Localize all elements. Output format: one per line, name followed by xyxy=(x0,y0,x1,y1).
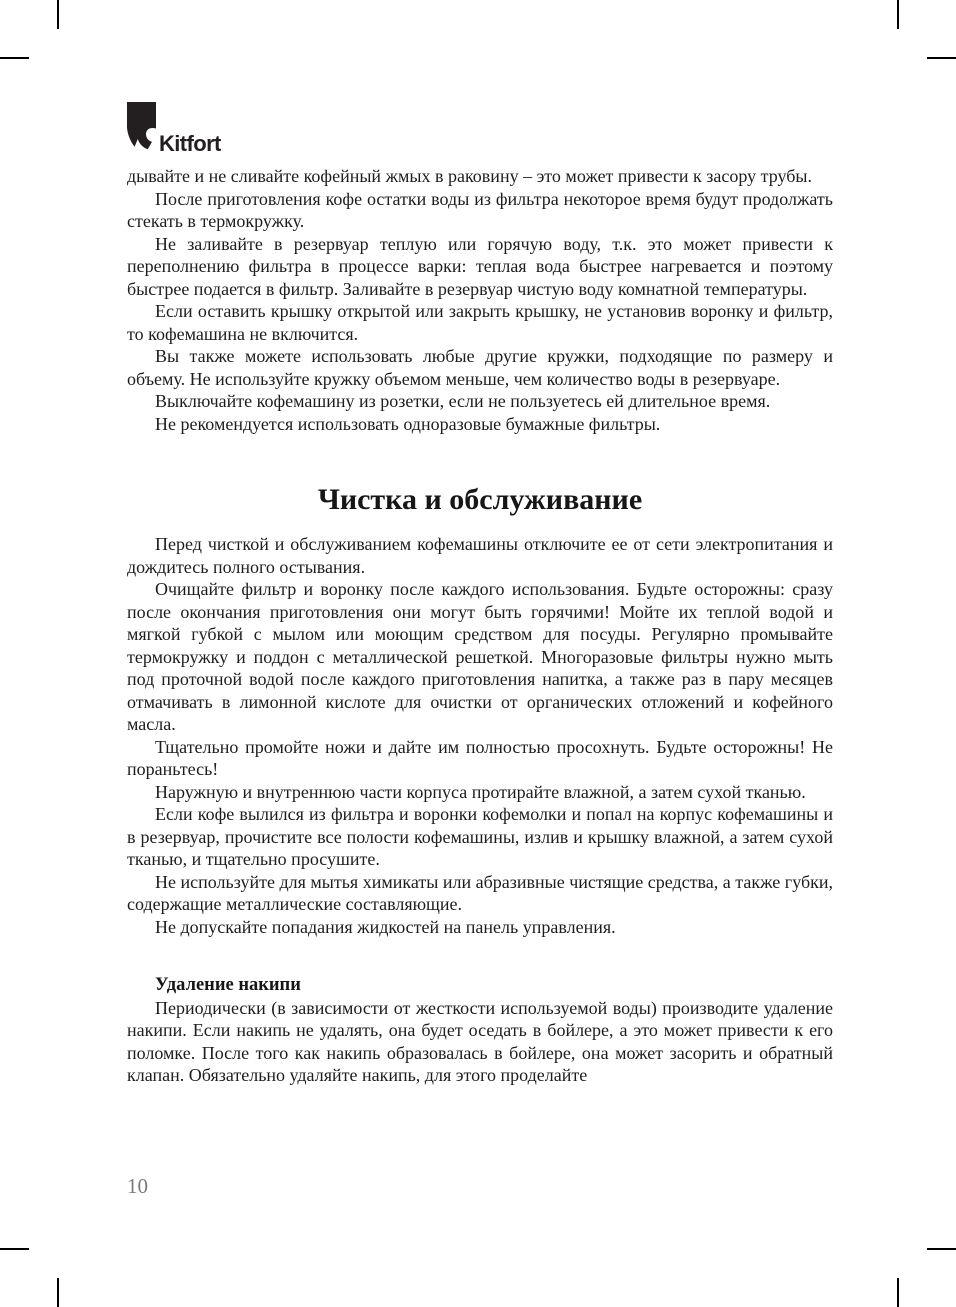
paragraph: Тщательно промойте ножи и дайте им полно… xyxy=(127,736,833,781)
paragraph: Выключайте кофемашину из розетки, если н… xyxy=(127,390,833,413)
crop-mark-bottom-right-vertical xyxy=(897,1278,899,1307)
paragraph: Не заливайте в резервуар теплую или горя… xyxy=(127,233,833,301)
crop-mark-bottom-left-vertical xyxy=(57,1278,59,1307)
crop-mark-bottom-right-horizontal xyxy=(927,1248,956,1250)
crop-mark-top-right-vertical xyxy=(897,0,899,29)
paragraph: Если кофе вылился из фильтра и воронки к… xyxy=(127,803,833,871)
paragraph: Не рекомендуется использовать одноразовы… xyxy=(127,413,833,436)
manual-page: Kitfort дывайте и не сливайте кофейный ж… xyxy=(0,0,956,1307)
kitfort-logo-icon xyxy=(127,102,156,155)
crop-mark-bottom-left-horizontal xyxy=(0,1248,29,1250)
paragraph: Если оставить крышку открытой или закрыт… xyxy=(127,300,833,345)
brand-wordmark: Kitfort xyxy=(159,133,221,155)
page-number: 10 xyxy=(127,1174,148,1199)
subsection-title: Удаление накипи xyxy=(127,974,833,997)
paragraph: Наружную и внутреннюю части корпуса прот… xyxy=(127,781,833,804)
paragraph: Очищайте фильтр и воронку после каждого … xyxy=(127,578,833,736)
paragraph-continuation: дывайте и не сливайте кофейный жмых в ра… xyxy=(127,165,833,188)
crop-mark-top-left-vertical xyxy=(57,0,59,29)
paragraph: Не допускайте попадания жидкостей на пан… xyxy=(127,916,833,939)
paragraph: Не используйте для мытья химикаты или аб… xyxy=(127,871,833,916)
brand-header: Kitfort xyxy=(127,106,221,155)
paragraph: Периодически (в зависимости от жесткости… xyxy=(127,997,833,1087)
paragraph: После приготовления кофе остатки воды из… xyxy=(127,188,833,233)
document-body: дывайте и не сливайте кофейный жмых в ра… xyxy=(127,165,833,1087)
crop-mark-top-left-horizontal xyxy=(0,57,29,59)
crop-mark-top-right-horizontal xyxy=(927,57,956,59)
paragraph: Вы также можете использовать любые други… xyxy=(127,345,833,390)
paragraph: Перед чисткой и обслуживанием кофемашины… xyxy=(127,533,833,578)
section-title: Чистка и обслуживание xyxy=(127,481,833,519)
